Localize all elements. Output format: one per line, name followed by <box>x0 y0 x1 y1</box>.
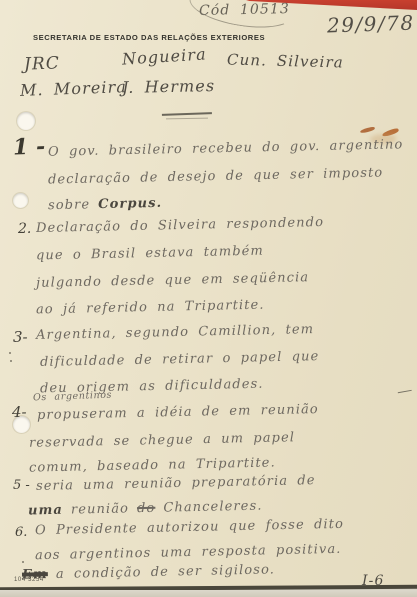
date-annotation: 29/9/78 <box>327 11 415 36</box>
speck <box>9 352 11 354</box>
note-item-6-number: 6. <box>15 525 27 540</box>
note-item-1-line-3-word: sobre <box>48 198 91 213</box>
note-item-4-number: 4- <box>12 403 27 421</box>
punch-hole <box>13 193 28 208</box>
note-item-1-corpus-word: Corpus. <box>98 197 162 213</box>
signature-jrc: JRC <box>24 54 61 74</box>
note-item-5-number: 5 - <box>13 478 30 493</box>
code-annotation: Cód 10513 <box>199 2 290 19</box>
note-item-5-word-chanceleres: Chanceleres. <box>163 500 262 516</box>
signature-hermes: J. Hermes <box>122 77 216 97</box>
scan-background-strip <box>0 590 417 597</box>
note-item-1-line-3: sobre Corpus. <box>48 197 162 214</box>
note-item-5-struck-do: do <box>137 502 156 517</box>
form-print-code: 104 3254 <box>14 577 44 583</box>
speck <box>10 360 12 362</box>
note-item-1-number: 1 - <box>13 133 46 160</box>
note-item-5-insert-uma: uma <box>28 504 63 519</box>
scanned-document: Cód 10513 29/9/78 SECRETARIA DE ESTADO D… <box>0 0 417 597</box>
note-item-2-number: 2. <box>18 221 31 237</box>
signature-moreira: M. Moreira <box>20 78 128 99</box>
signature-silveira: Cun. Silveira <box>227 51 344 71</box>
note-item-3-number: 3- <box>13 328 28 346</box>
speck <box>22 561 24 563</box>
note-item-5-word-reuniao: reunião <box>71 502 129 518</box>
letterhead: SECRETARIA DE ESTADO DAS RELAÇÕES EXTERI… <box>33 33 265 42</box>
punch-hole <box>17 112 35 130</box>
